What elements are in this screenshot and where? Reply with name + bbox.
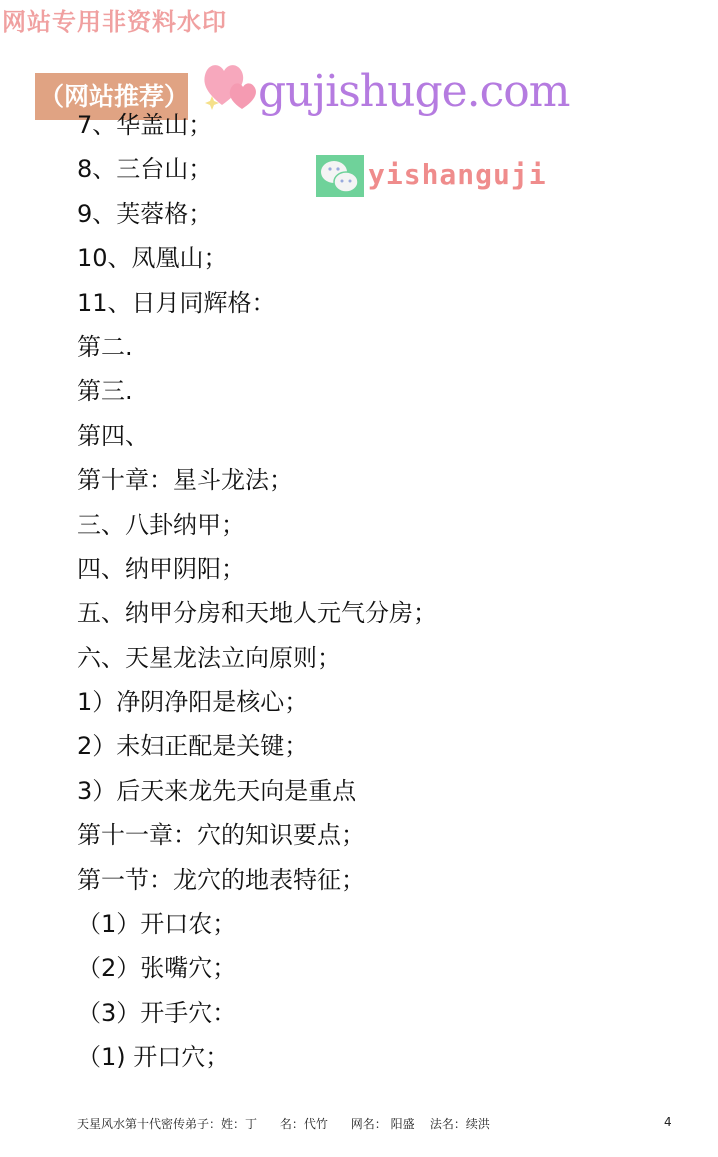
text-line: 7、华盖山； xyxy=(77,103,437,147)
page-footer: 天星风水第十代密传弟子：姓：丁 名：代竹 网名： 阳盛 法名：续洪 xyxy=(77,1115,490,1132)
text-line: 四、纳甲阴阳； xyxy=(77,547,437,591)
text-line: 2）未妇正配是关键； xyxy=(77,724,437,768)
text-line: （3）开手穴： xyxy=(77,991,437,1035)
section-heading: 第一节：龙穴的地表特征； xyxy=(77,858,437,902)
text-line: （2）张嘴穴； xyxy=(77,946,437,990)
text-line: 3）后天来龙先天向是重点 xyxy=(77,769,437,813)
watermark-banner: 网站专用非资料水印 xyxy=(2,2,227,37)
chapter-heading: 第十一章：穴的知识要点； xyxy=(77,813,437,857)
text-line: 六、天星龙法立向原则； xyxy=(77,636,437,680)
page-number: 4 xyxy=(664,1115,672,1129)
document-body: 7、华盖山； 8、三台山； 9、芙蓉格； 10、凤凰山； 11、日月同辉格： 第… xyxy=(77,103,437,1080)
text-line: （1）开口农； xyxy=(77,902,437,946)
text-line: 1）净阴净阳是核心； xyxy=(77,680,437,724)
text-line: 五、纳甲分房和天地人元气分房； xyxy=(77,591,437,635)
text-line: 8、三台山； xyxy=(77,147,437,191)
text-line: 第三. xyxy=(77,369,437,413)
text-line: 11、日月同辉格： xyxy=(77,281,437,325)
chapter-heading: 第十章：星斗龙法； xyxy=(77,458,437,502)
text-line: （1) 开口穴； xyxy=(77,1035,437,1079)
text-line: 三、八卦纳甲； xyxy=(77,503,437,547)
text-line: 第二. xyxy=(77,325,437,369)
text-line: 9、芙蓉格； xyxy=(77,192,437,236)
text-line: 第四、 xyxy=(77,414,437,458)
text-line: 10、凤凰山； xyxy=(77,236,437,280)
